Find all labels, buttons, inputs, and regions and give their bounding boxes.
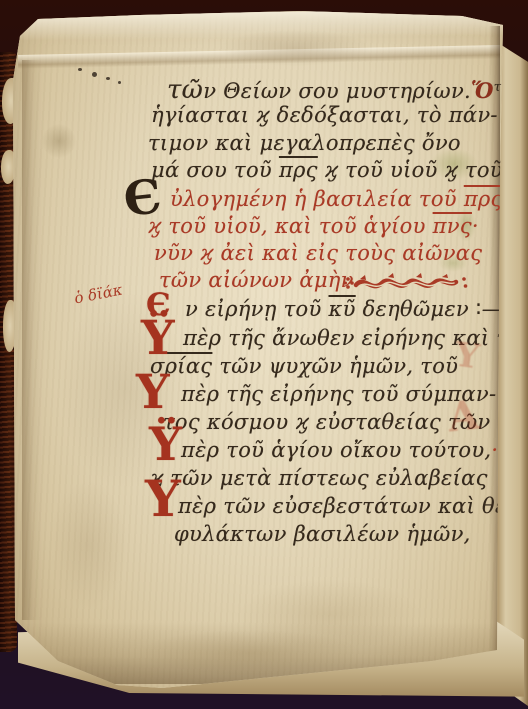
ink-speck	[118, 81, 121, 84]
page-crease	[22, 60, 42, 620]
manuscript-line: ὐλογημένη ἡ βασιλεία τοῦ πρς,	[170, 187, 510, 212]
page-crease	[18, 45, 500, 69]
photo-background: τῶν Θείων σου μυστηρίων.Ὅτιἡγίασται ϗ δε…	[0, 0, 528, 709]
text-run: ·	[491, 438, 498, 462]
illuminated-initial: Є	[122, 176, 164, 222]
text-run: νῦν ϗ ἀεὶ καὶ εἰς τοὺς αἰῶνας	[154, 241, 482, 265]
ink-speck	[78, 68, 82, 71]
illuminated-initial: Ϋ	[149, 424, 182, 465]
text-run: ϗ τοῦ υἱοῦ, καὶ τοῦ ἁγίου	[148, 214, 433, 238]
illuminated-initial: Υ	[145, 476, 181, 521]
text-run: πὲρ τῆς εἰρήνης τοῦ σύμπαν-	[181, 382, 496, 406]
manuscript-line: νῦν ϗ ἀεὶ καὶ εἰς τοὺς αἰῶνας	[154, 241, 482, 266]
manuscript-line: φυλάκτων βασιλέων ἡμῶν,	[174, 522, 471, 547]
text-run: φυλάκτων βασιλέων ἡμῶν,	[174, 522, 471, 546]
text-run: ϗ τοῦ υἱοῦ ϗ τοῦ	[318, 158, 503, 182]
text-run: ν Θείων σου μυστηρίων.	[203, 79, 471, 103]
manuscript-line: πὲρ τοῦ ἁγίου οἴκου τούτου,·	[181, 438, 498, 463]
text-run: τιμον καὶ μεγαλοπρεπὲς ὄνο	[148, 131, 461, 155]
manuscript-line: ϗ τῶν μετὰ πίστεως εὐλαβείας	[150, 466, 488, 491]
text-run: μά σου τοῦ	[151, 158, 279, 182]
text-run: πὲρ τῶν εὐσεβεστάτων καὶ θεο-	[178, 494, 527, 518]
manuscript-line: τος κόσμου ϗ εὐσταθείας τῶν ἁγίων	[163, 410, 528, 435]
text-run: τῶν αἰώνων ἀμὴν	[159, 268, 354, 292]
ink-speck	[92, 72, 97, 77]
text-run: ϗ τῶν μετὰ πίστεως εὐλαβείας	[150, 466, 488, 490]
text-run: ν εἰρήνῃ τοῦ	[185, 297, 329, 321]
manuscript-line: πὲρ τῆς εἰρήνης τοῦ σύμπαν-	[181, 382, 496, 407]
parchment-stain	[140, 630, 360, 676]
ink-speck	[106, 77, 110, 80]
text-run: πρς	[279, 158, 318, 182]
text-run: τος κόσμου ϗ εὐσταθείας τῶν ἁγί	[163, 410, 528, 434]
text-run: ὐλογημένη ἡ βασιλεία τοῦ	[170, 187, 464, 211]
manuscript-line: ϗ τοῦ υἱοῦ, καὶ τοῦ ἁγίου πνς·	[148, 214, 479, 239]
text-run: πὲρ τοῦ ἁγίου οἴκου τούτου,	[181, 438, 491, 462]
manuscript-page: τῶν Θείων σου μυστηρίων.Ὅτιἡγίασται ϗ δε…	[0, 0, 528, 709]
manuscript-line: σρίας τῶν ψυχῶν ἡμῶν, τοῦ	[150, 354, 458, 379]
illuminated-initial: Υ	[136, 372, 170, 414]
amen-flourish-ornament	[344, 271, 470, 297]
text-run: ἡγίασται ϗ δεδόξασται, τὸ πάν-	[151, 103, 498, 127]
text-run: κῦ	[329, 297, 356, 321]
parchment-stain	[42, 124, 76, 158]
deacon-rubric-note: ὁ δϊάκ	[73, 281, 124, 308]
parchment-stain	[220, 30, 370, 66]
manuscript-line: τῶν Θείων σου μυστηρίων.Ὅτι	[167, 75, 507, 106]
manuscript-line: πὲρ τῶν εὐσεβεστάτων καὶ θεο-	[178, 494, 527, 519]
manuscript-line: μά σου τοῦ πρς ϗ τοῦ υἱοῦ ϗ τοῦ ∗	[151, 158, 524, 183]
text-run: τῶ	[167, 75, 203, 105]
manuscript-line: πὲρ τῆς ἄνωθεν εἰρήνης καὶ τῆ	[183, 326, 516, 351]
text-run: ·	[472, 214, 479, 238]
text-run: πὲρ τῆς ἄνωθεν εἰρήνης καὶ τ	[183, 326, 508, 350]
illuminated-initial: Ϋ	[141, 318, 175, 360]
text-run: πρς	[464, 187, 503, 211]
manuscript-line: τιμον καὶ μεγαλοπρεπὲς ὄνο	[148, 131, 461, 156]
text-run: πνς	[433, 214, 472, 238]
manuscript-line: τῶν αἰώνων ἀμὴν	[159, 268, 354, 293]
text-run: δεηθῶμεν ∶—	[356, 297, 503, 321]
parchment-stain	[48, 480, 128, 610]
manuscript-line: ἡγίασται ϗ δεδόξασται, τὸ πάν-	[151, 103, 498, 128]
text-run: τῶν ψυχῶν ἡμῶν, τοῦ	[212, 354, 458, 378]
page-crease	[16, 9, 508, 40]
text-run: Ὅ	[471, 78, 494, 103]
manuscript-line: ν εἰρήνῃ τοῦ κῦ δεηθῶμεν ∶—	[185, 297, 503, 322]
parchment-stain	[240, 580, 420, 650]
